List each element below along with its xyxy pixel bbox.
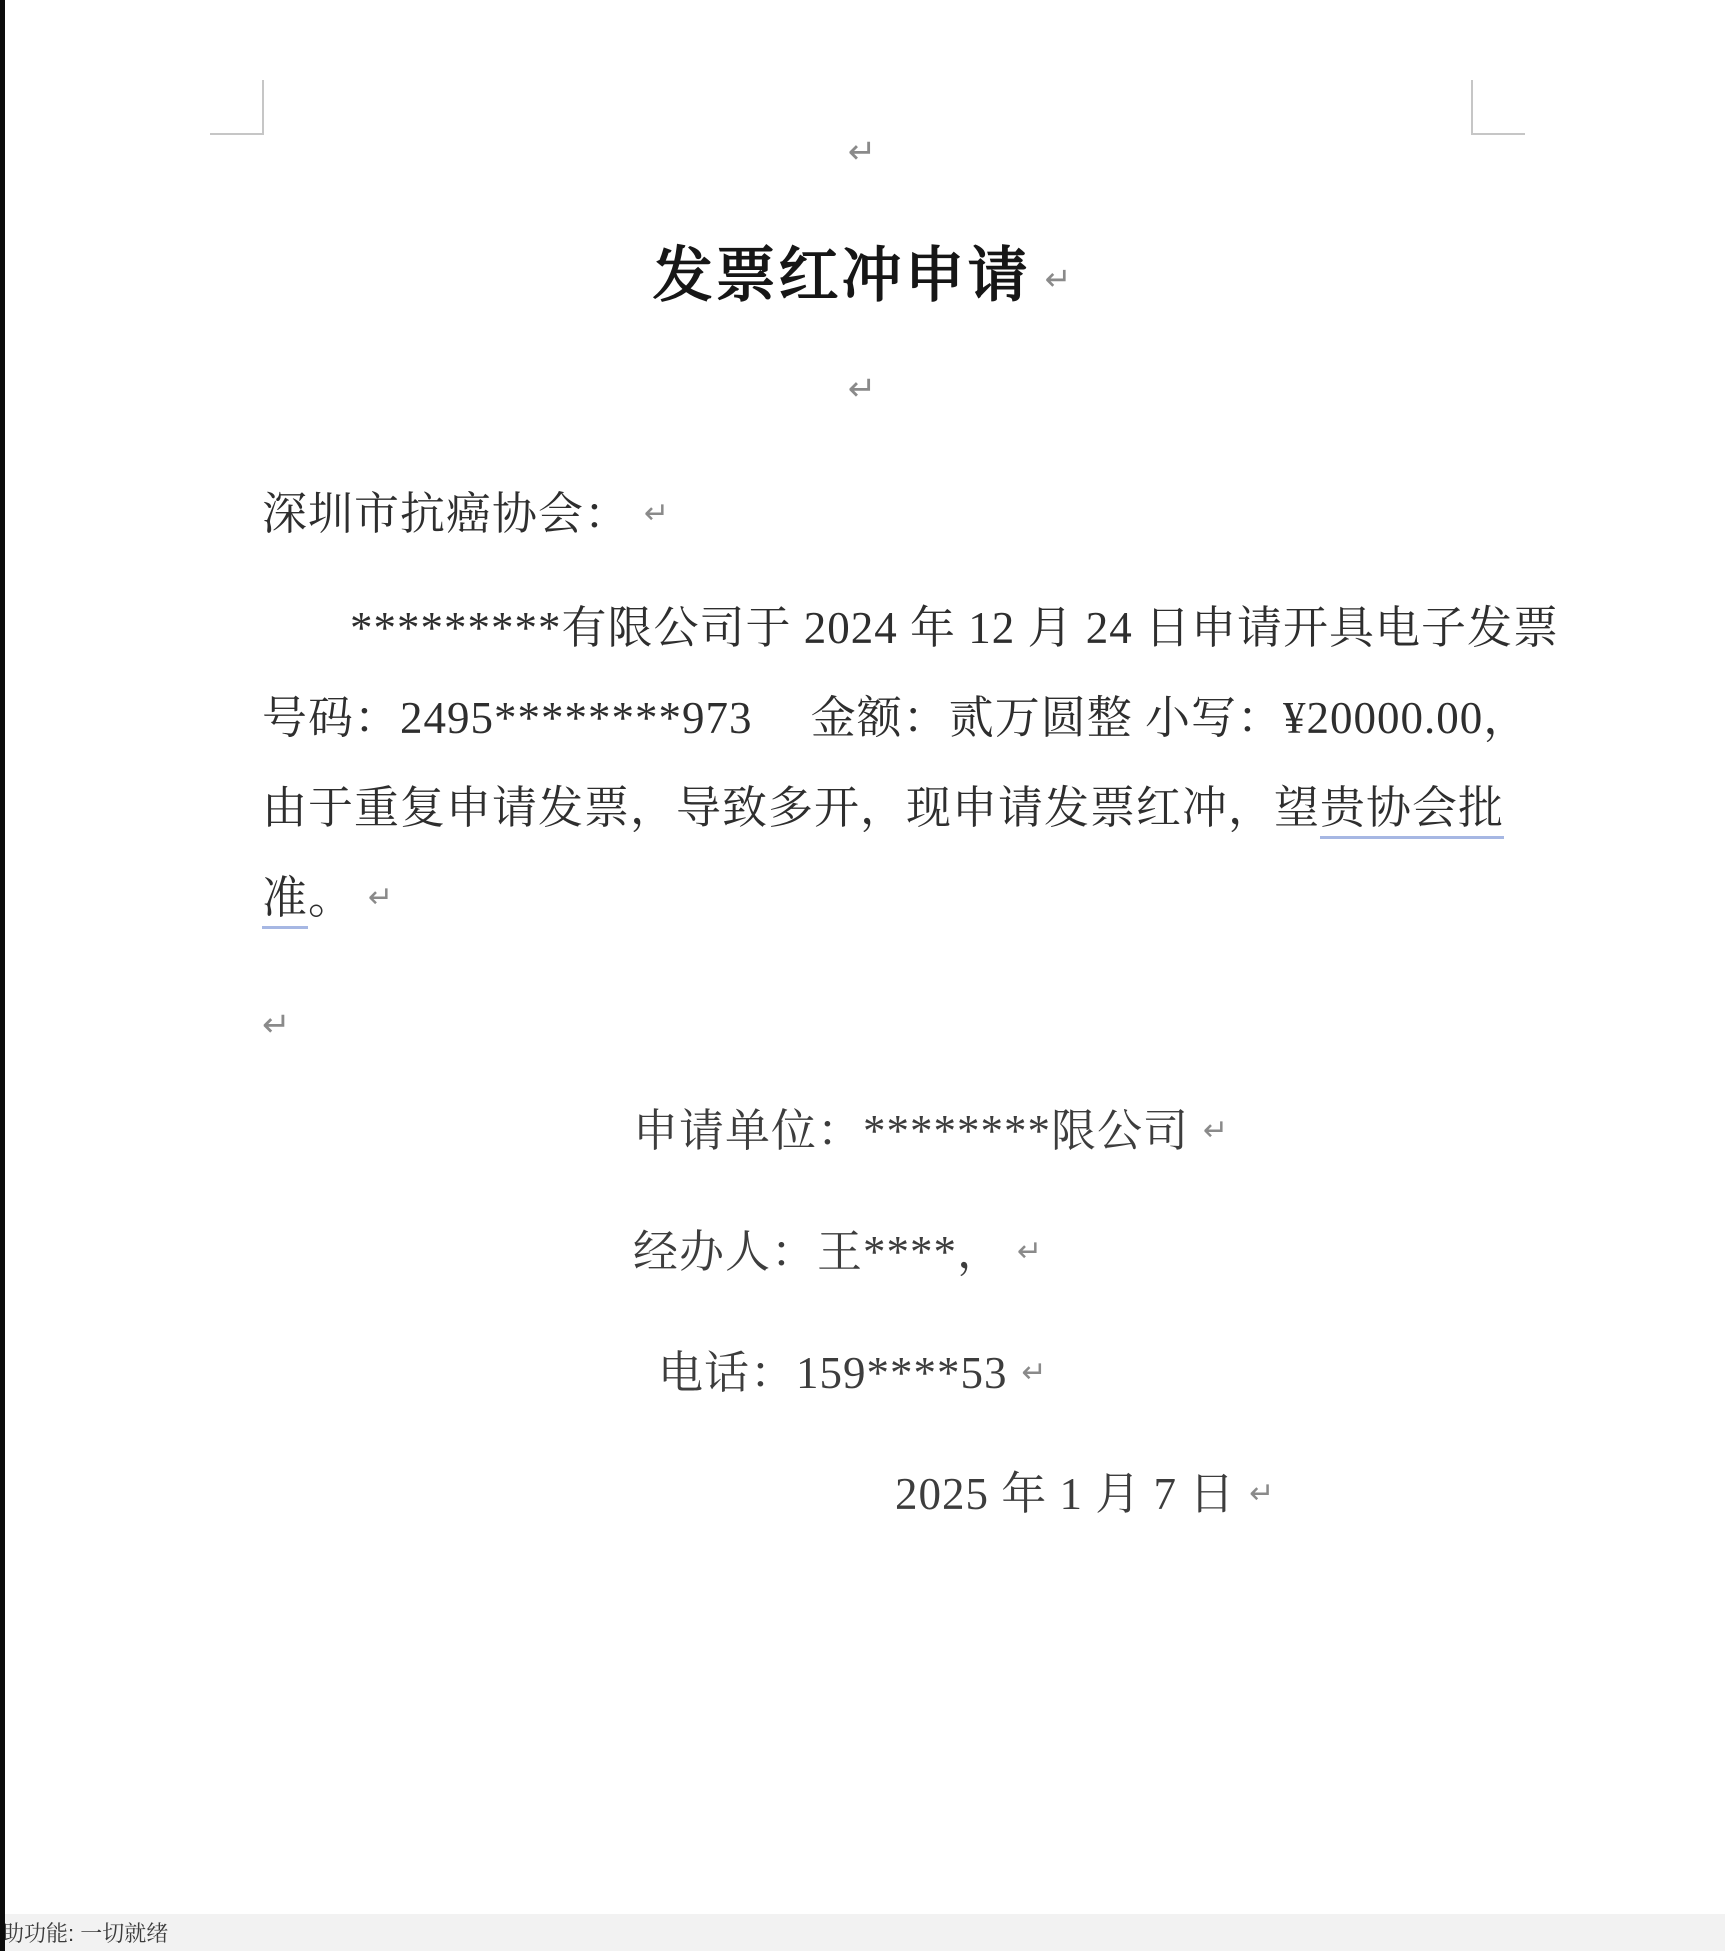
status-bar: 助功能: 一切就绪: [0, 1914, 1725, 1951]
paragraph-mark-icon: ↵: [1203, 1113, 1229, 1148]
paragraph-mark-icon: ↵: [1249, 1476, 1275, 1511]
paragraph-mark-icon: ↵: [848, 369, 877, 409]
paragraph-mark-icon: ↵: [368, 880, 394, 915]
signature-applicant-text: 申请单位：********限公司: [633, 1106, 1189, 1156]
paragraph-mark-icon: ↵: [1017, 1234, 1043, 1269]
body-line-2-text: 号码：2495********973 金额：贰万圆整 小写：¥20000.00，: [262, 693, 1529, 743]
body-line-3: 由于重复申请发票，导致多开，现申请发票红冲，望贵协会批: [262, 782, 1504, 834]
salutation-line: 深圳市抗癌协会：↵: [262, 488, 670, 540]
grammar-flagged-text: 准: [262, 873, 308, 929]
grammar-flagged-text: 贵协会批: [1320, 783, 1504, 839]
document-title-text: 发票红冲申请: [653, 242, 1031, 309]
word-document-view: ↵ 发票红冲申请↵ ↵ 深圳市抗癌协会：↵ *********有限公司于 202…: [0, 0, 1725, 1951]
paragraph-mark-icon: ↵: [1022, 1355, 1048, 1390]
empty-paragraph: ↵: [262, 372, 1462, 407]
body-line-2: 号码：2495********973 金额：贰万圆整 小写：¥20000.00，: [262, 692, 1529, 744]
signature-phone-text: 电话：159****53: [658, 1348, 1008, 1398]
signature-handler-line: 经办人：王****，↵: [633, 1226, 1043, 1278]
accessibility-status-button[interactable]: 助功能: 一切就绪: [2, 1917, 168, 1948]
document-title: 发票红冲申请↵: [262, 240, 1462, 312]
empty-paragraph: ↵: [262, 135, 1462, 170]
signature-date-text: 2025 年 1 月 7 日: [895, 1469, 1235, 1519]
body-line-4-text: 。: [308, 873, 354, 923]
signature-applicant-line: 申请单位：********限公司↵: [633, 1105, 1229, 1157]
body-line-3-text: 由于重复申请发票，导致多开，现申请发票红冲，望: [262, 783, 1320, 833]
body-line-4: 准。↵: [262, 872, 394, 924]
paragraph-mark-icon: ↵: [262, 1005, 292, 1045]
signature-handler-text: 经办人：王****，: [633, 1227, 1003, 1277]
signature-date-line: 2025 年 1 月 7 日↵: [895, 1468, 1275, 1520]
window-left-edge: [0, 0, 5, 1951]
body-line-1-text: *********有限公司于 2024 年 12 月 24 日申请开具电子发票: [350, 603, 1559, 653]
body-line-1: *********有限公司于 2024 年 12 月 24 日申请开具电子发票: [350, 602, 1559, 654]
page-margin-corner-top-left: [210, 80, 264, 135]
signature-phone-line: 电话：159****53↵: [658, 1347, 1048, 1399]
paragraph-mark-icon: ↵: [1045, 260, 1072, 298]
page-margin-corner-top-right: [1471, 80, 1525, 135]
paragraph-mark-icon: ↵: [848, 132, 877, 172]
paragraph-mark-icon: ↵: [644, 496, 670, 531]
empty-paragraph: ↵: [262, 995, 292, 1047]
salutation-text: 深圳市抗癌协会：: [262, 489, 630, 539]
